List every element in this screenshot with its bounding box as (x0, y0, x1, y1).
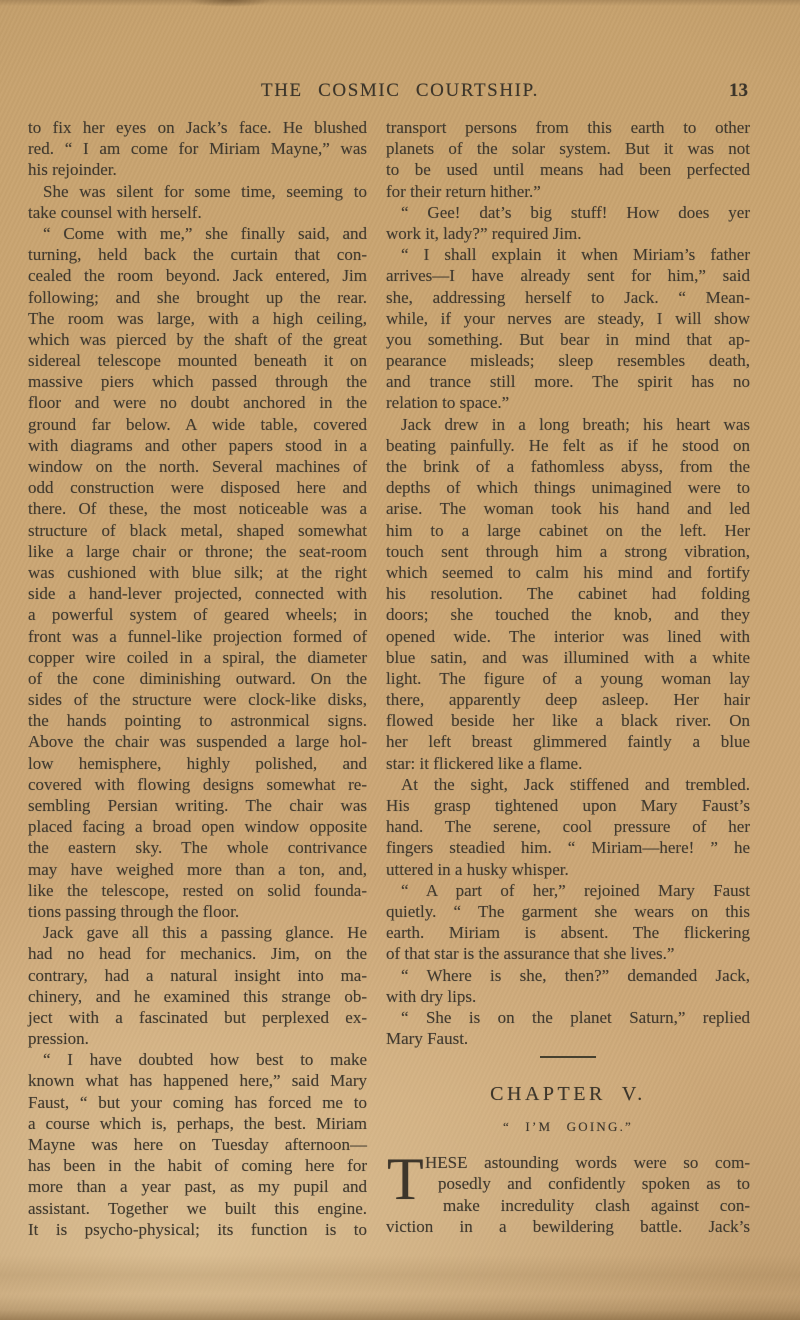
section-divider-rule (540, 1056, 596, 1058)
text-line: “ Gee! dat’s big stuff! How does yer (386, 202, 750, 223)
text-line: for their return hither.” (386, 181, 750, 202)
text-column-right-body: transport persons from this earth to oth… (386, 117, 750, 1049)
text-line: take counsel with herself. (28, 202, 367, 223)
text-line: arrives—I have already sent for him,” sa… (386, 265, 750, 286)
text-line: there. Of these, the most noticeable was… (28, 498, 367, 519)
text-column-left: to fix her eyes on Jack’s face. He blush… (28, 117, 367, 1240)
text-line: window on the north. Several machines of (28, 456, 367, 477)
text-line: him to a large cabinet on the left. Her (386, 520, 750, 541)
text-line: sidereal telescope mounted beneath it on (28, 350, 367, 371)
chapter-break: CHAPTER V. “ I’M GOING.” T HESE astoundi… (386, 1056, 750, 1237)
text-line: her left breast glimmered faintly a blue (386, 731, 750, 752)
text-line: structure of black metal, shaped somewha… (28, 520, 367, 541)
text-line: touch sent through him a strong vibratio… (386, 541, 750, 562)
text-line: Faust, “ but your coming has forced me t… (28, 1092, 367, 1113)
text-line: had no head for mechanics. Jim, on the (28, 943, 367, 964)
text-line: Mayne was here on Tuesday afternoon— (28, 1134, 367, 1155)
text-line: She was silent for some time, seeming to (28, 181, 367, 202)
text-line: his rejoinder. (28, 159, 367, 180)
text-line: more than a year past, as my pupil and (28, 1176, 367, 1197)
text-line: flowed beside her like a black river. On (386, 710, 750, 731)
text-line: Jack drew in a long breath; his heart wa… (386, 414, 750, 435)
text-line: assistant. Together we built this engine… (28, 1198, 367, 1219)
text-line: make incredulity clash against con- (443, 1195, 750, 1216)
text-line: and trance still more. The spirit has no (386, 371, 750, 392)
text-line: star: it flickered like a flame. (386, 753, 750, 774)
text-column-right: transport persons from this earth to oth… (386, 117, 750, 1237)
text-line: odd construction were disposed here and (28, 477, 367, 498)
text-line: the eastern sky. The whole contrivance (28, 837, 367, 858)
chapter-opening-lines: HESE astounding words were so com-posedl… (386, 1152, 750, 1237)
text-line: front was a funnel-like projection forme… (28, 626, 367, 647)
text-line: tions passing through the floor. (28, 901, 367, 922)
text-line: like the telescope, rested on solid foun… (28, 880, 367, 901)
text-line: Mary Faust. (386, 1028, 750, 1049)
text-line: hand. The serene, cool pressure of her (386, 816, 750, 837)
text-line: his resolution. The cabinet had folding (386, 583, 750, 604)
text-line: pearance misleads; sleep resembles death… (386, 350, 750, 371)
text-line: Jack gave all this a passing glance. He (28, 922, 367, 943)
text-line: posedly and confidently spoken as to (438, 1173, 750, 1194)
text-line: she, addressing herself to Jack. “ Mean- (386, 287, 750, 308)
text-line: turning, held back the curtain that con- (28, 244, 367, 265)
text-line: At the sight, Jack stiffened and tremble… (386, 774, 750, 795)
text-line: “ I shall explain it when Miriam’s fathe… (386, 244, 750, 265)
text-line: to be used until means had been perfecte… (386, 159, 750, 180)
text-line: sides of the structure were clock-like d… (28, 689, 367, 710)
text-line: Above the chair was suspended a large ho… (28, 731, 367, 752)
text-line: to fix her eyes on Jack’s face. He blush… (28, 117, 367, 138)
text-line: a course which is, perhaps, the best. Mi… (28, 1113, 367, 1134)
text-line: massive piers which passed through the (28, 371, 367, 392)
running-header: THE COSMIC COURTSHIP. 13 (0, 80, 800, 104)
text-line: was cushioned with blue silk; at the rig… (28, 562, 367, 583)
text-line: His grasp tightened upon Mary Faust’s (386, 795, 750, 816)
text-line: the hands pointing to astronmical signs. (28, 710, 367, 731)
page-header-title: THE COSMIC COURTSHIP. (0, 80, 800, 102)
text-line: the brink of a fathomless abyss, from th… (386, 456, 750, 477)
text-line: opened wide. The interior was lined with (386, 626, 750, 647)
text-line: of that star is the assurance that she l… (386, 943, 750, 964)
text-line: work it, lady?” required Jim. (386, 223, 750, 244)
text-line: ground far below. A wide table, covered (28, 414, 367, 435)
text-line: “ I have doubted how best to make (28, 1049, 367, 1070)
chapter-heading: CHAPTER V. (386, 1084, 750, 1105)
text-line: It is psycho-physical; its function is t… (28, 1219, 367, 1240)
text-line: cealed the room beyond. Jack entered, Ji… (28, 265, 367, 286)
text-line: there, apparently deep asleep. Her hair (386, 689, 750, 710)
text-line: copper wire coiled in a spiral, the diam… (28, 647, 367, 668)
text-line: doors; she touched the knob, and they (386, 604, 750, 625)
text-line: following; and she brought up the rear. (28, 287, 367, 308)
text-line: light. The figure of a young woman lay (386, 668, 750, 689)
text-line: floor and were no doubt anchored in the (28, 392, 367, 413)
text-line: placed facing a broad open window opposi… (28, 816, 367, 837)
text-line: transport persons from this earth to oth… (386, 117, 750, 138)
text-line: fingers steadied him. “ Miriam—here! ” h… (386, 837, 750, 858)
text-line: known what has happened here,” said Mary (28, 1070, 367, 1091)
chapter-subheading: “ I’M GOING.” (386, 1116, 750, 1137)
text-line: of the cone diminishing outward. On the (28, 668, 367, 689)
text-line: sembling Persian writing. The chair was (28, 795, 367, 816)
text-line: arise. The woman took his hand and led (386, 498, 750, 519)
text-line: “ Where is she, then?” demanded Jack, (386, 965, 750, 986)
text-line: “ Come with me,” she finally said, and (28, 223, 367, 244)
text-line: with dry lips. (386, 986, 750, 1007)
text-line: chinery, and he examined this strange ob… (28, 986, 367, 1007)
text-line: a powerful system of geared wheels; in (28, 604, 367, 625)
text-line: relation to space.” (386, 392, 750, 413)
text-line: beating painfully. He felt as if he stoo… (386, 435, 750, 456)
text-line: side a hand-lever projected, connected w… (28, 583, 367, 604)
text-line: may have weighed more than a ton, and, (28, 859, 367, 880)
text-line: uttered in a husky whisper. (386, 859, 750, 880)
chapter-opening-paragraph: T HESE astounding words were so com-pose… (386, 1152, 750, 1237)
page-number: 13 (729, 80, 748, 102)
text-line: “ She is on the planet Saturn,” replied (386, 1007, 750, 1028)
text-line: contrary, had a natural insight into ma- (28, 965, 367, 986)
text-line: which was pierced by the shaft of the gr… (28, 329, 367, 350)
text-line: viction in a bewildering battle. Jack’s (386, 1216, 750, 1237)
book-page-scan: THE COSMIC COURTSHIP. 13 to fix her eyes… (0, 0, 800, 1320)
text-line: blue satin, and was illumined with a whi… (386, 647, 750, 668)
drop-cap: T (387, 1156, 424, 1202)
text-line: while, if your nerves are steady, I will… (386, 308, 750, 329)
text-line: which seemed to calm his mind and fortif… (386, 562, 750, 583)
text-line: “ A part of her,” rejoined Mary Faust (386, 880, 750, 901)
text-line: pression. (28, 1028, 367, 1049)
text-line: ject with a fascinated but perplexed ex- (28, 1007, 367, 1028)
text-line: covered with flowing designs somewhat re… (28, 774, 367, 795)
text-line: you something. But bear in mind that ap- (386, 329, 750, 350)
text-line: has been in the habit of coming here for (28, 1155, 367, 1176)
text-line: quietly. “ The garment she wears on this (386, 901, 750, 922)
text-line: like a large chair or throne; the seat-r… (28, 541, 367, 562)
text-line: planets of the solar system. But it was … (386, 138, 750, 159)
text-line: low hemisphere, highly polished, and (28, 753, 367, 774)
text-line: depths of which things unimagined were t… (386, 477, 750, 498)
text-line: HESE astounding words were so com- (425, 1152, 750, 1173)
text-line: with diagrams and other papers stood in … (28, 435, 367, 456)
text-line: earth. Miriam is absent. The flickering (386, 922, 750, 943)
text-line: red. “ I am come for Miriam Mayne,” was (28, 138, 367, 159)
text-line: The room was large, with a high ceiling, (28, 308, 367, 329)
